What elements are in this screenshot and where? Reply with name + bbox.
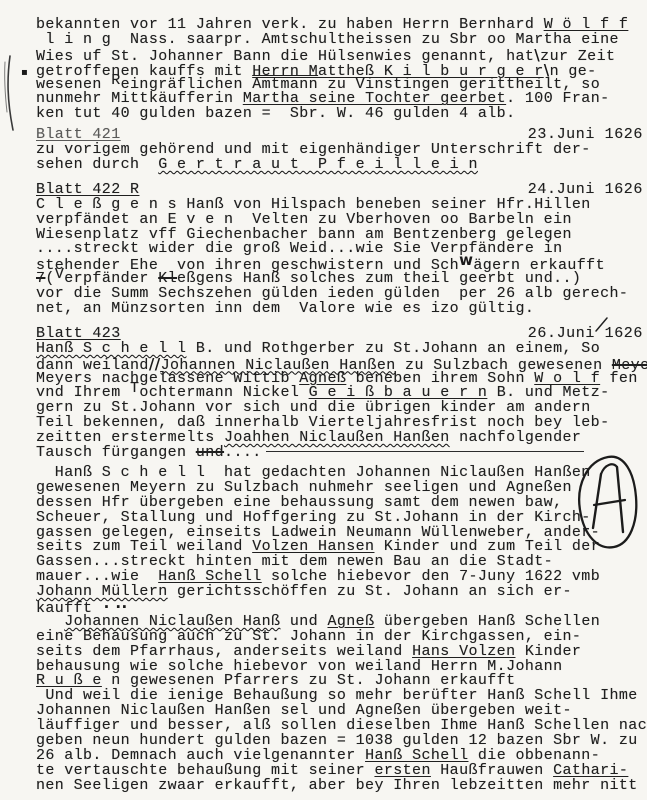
paragraph: Johannen Niclaußen Hanß und Agneß überge… [36, 615, 643, 689]
text-segment: net, an Münzsorten inn dem Valore wie es… [36, 300, 534, 317]
text-segment: nachfolgender [450, 429, 582, 446]
entry-blatt-422r: Blatt 422 R24.Juni 1626C l e ß g e n s H… [36, 183, 643, 317]
document-body: bekannten vor 11 Jahren verk. zu haben H… [36, 18, 643, 794]
text-line: ....streckt wider die groß Weid...wie Si… [36, 242, 643, 257]
text-segment: Tausch fürgangen [36, 444, 196, 461]
document-page: bekannten vor 11 Jahren verk. zu haben H… [0, 0, 647, 800]
text-segment: T [130, 382, 139, 397]
paragraph: bekannten vor 11 Jahren verk. zu haben H… [36, 18, 643, 122]
intro-block: bekannten vor 11 Jahren verk. zu haben H… [36, 18, 643, 122]
blatt-label: Blatt 421 [36, 128, 121, 143]
text-line: Tausch fürgangen und.... [36, 446, 643, 461]
text-segment: .... [224, 444, 262, 461]
text-line: ken tut 40 gulden bazen = Sbr. W. 46 gul… [36, 107, 643, 122]
text-line: l i n g Nass. saarpr. Amtschultheissen z… [36, 33, 643, 48]
entry-blatt-421: Blatt 42123.Juni 1626zu vorigem gehörend… [36, 128, 643, 173]
text-line: Hanß S c h e l l B. und Rothgerber zu St… [36, 342, 643, 357]
text-segment [266, 451, 584, 452]
paragraph: Hanß S c h e l l B. und Rothgerber zu St… [36, 342, 643, 461]
text-line: Wies uf St. Johanner Bann die Hülsenwies… [36, 48, 643, 63]
entry-blatt-423: Blatt 42326.Juni 1626Hanß S c h e l l B.… [36, 327, 643, 794]
text-segment: . 100 Fran- [506, 90, 609, 107]
text-segment: l i n g Nass. saarpr. Amtschultheissen z… [36, 31, 619, 48]
text-segment: nen Seeligen zwaar erkaufft, aber bey Ih… [36, 777, 638, 794]
text-segment: und [196, 444, 224, 461]
text-segment: ....streckt wider die groß Weid...wie Si… [36, 240, 562, 257]
handwriting-mark: w [459, 253, 473, 268]
text-segment: Hanß S c h e l l [36, 340, 186, 357]
paragraph: Hanß S c h e l l hat gedachten Johannen … [36, 466, 643, 615]
text-segment: sehen durch [36, 156, 158, 173]
text-segment: B. und Rothgerber zu St.Johann an einem,… [186, 340, 600, 357]
paragraph: C l e ß g e n s Hanß von Hilspach benebe… [36, 198, 643, 317]
text-segment: ken tut 40 gulden bazen = Sbr. W. 46 gul… [36, 105, 515, 122]
paragraph: Und weil die ienige Behaußung so mehr be… [36, 689, 643, 793]
text-line: sehen durch G e r t r a u t P f e i l l … [36, 158, 643, 173]
text-line: net, an Münzsorten inn dem Valore wie es… [36, 302, 643, 317]
paragraph: zu vorigem gehörend und mit eigenhändige… [36, 143, 643, 173]
text-line: nen Seeligen zwaar erkaufft, aber bey Ih… [36, 779, 643, 794]
text-segment: gerichtsschöffen zu St. Johann an sich e… [168, 583, 572, 600]
text-segment: G e r t r a u t P f e i l l e i n [158, 156, 478, 173]
text-segment: V [55, 268, 64, 283]
text-segment: R [111, 74, 120, 89]
